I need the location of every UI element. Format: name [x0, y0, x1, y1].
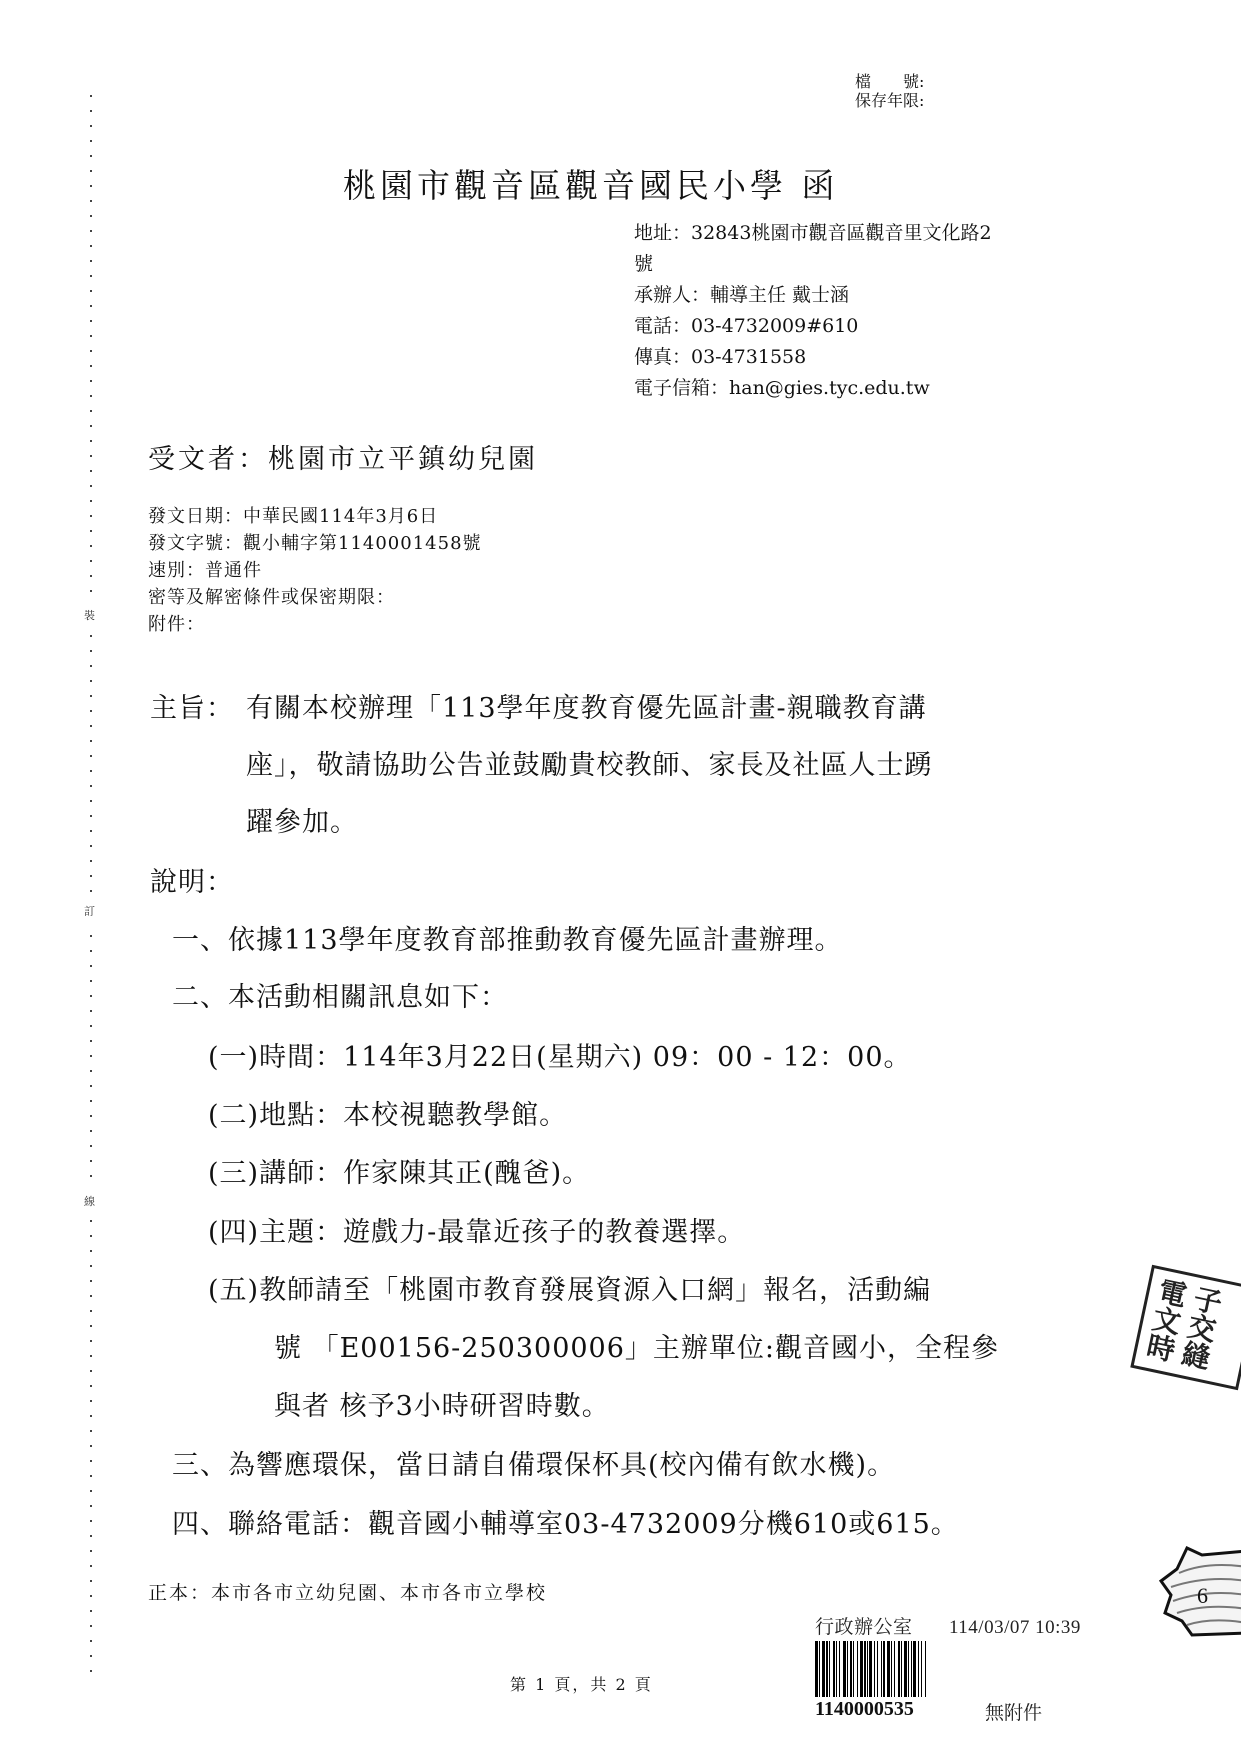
- binding-mark-zhuang: 裝: [84, 607, 95, 623]
- phone: 電話：03-4732009#610: [634, 311, 992, 342]
- electronic-exchange-stamp: 電文時 子交縫: [1130, 1265, 1241, 1391]
- address-line-1: 地址：32843桃園市觀音區觀音里文化路2: [634, 218, 992, 249]
- binding-dot: [90, 815, 92, 817]
- binding-dot: [90, 1295, 92, 1297]
- binding-dot: [90, 155, 92, 157]
- carbon-copy: 正本：本市各市立幼兒園、本市各市立學校: [148, 1578, 547, 1605]
- binding-dot: [90, 1370, 92, 1372]
- attachments: 附件：: [148, 611, 482, 638]
- binding-dot: [90, 515, 92, 517]
- binding-dot: [90, 230, 92, 232]
- receipt-barcode-block: 行政辦公室 114/03/07 10:39 1140000535 無附件: [815, 1612, 1115, 1725]
- binding-dot: [90, 365, 92, 367]
- binding-dot: [90, 1085, 92, 1087]
- binding-dot: [90, 935, 92, 937]
- sub-item-registration-2: 號 「E00156-250300006」主辦單位:觀音國小，全程參: [274, 1326, 999, 1365]
- sub-item-topic: (四)主題：遊戲力-最靠近孩子的教養選擇。: [208, 1210, 745, 1249]
- binding-dot: [90, 500, 92, 502]
- binding-dot: [90, 305, 92, 307]
- binding-dot: [90, 1130, 92, 1132]
- binding-dot: [90, 770, 92, 772]
- explanation-item-2: 二、本活動相關訊息如下：: [172, 975, 508, 1014]
- secrecy-level: 密等及解密條件或保密期限：: [148, 584, 482, 611]
- binding-dot: [90, 695, 92, 697]
- binding-dot: [90, 335, 92, 337]
- barcode-number: 1140000535: [815, 1698, 985, 1725]
- binding-dot: [90, 1385, 92, 1387]
- recipient: 受文者：桃園市立平鎮幼兒園: [148, 437, 538, 476]
- binding-dot: [90, 1520, 92, 1522]
- binding-dot: [90, 380, 92, 382]
- subject-line-3: 躍參加。: [246, 800, 358, 839]
- sub-item-location: (二)地點：本校視聽教學館。: [208, 1093, 567, 1132]
- binding-dot: [90, 1265, 92, 1267]
- binding-dot: [90, 485, 92, 487]
- binding-dot: [90, 455, 92, 457]
- binding-dot: [90, 1220, 92, 1222]
- explanation-item-4: 四、聯絡電話：觀音國小輔導室03-4732009分機610或615。: [172, 1502, 959, 1541]
- binding-dot: [90, 1175, 92, 1177]
- binding-dot: [90, 635, 92, 637]
- binding-dot: [90, 1250, 92, 1252]
- handler: 承辦人：輔導主任 戴士涵: [634, 280, 992, 311]
- speed-class: 速別：普通件: [148, 557, 482, 584]
- binding-dot: [90, 425, 92, 427]
- binding-dot: [90, 1145, 92, 1147]
- binding-dot: [90, 1655, 92, 1657]
- binding-dot: [90, 1115, 92, 1117]
- binding-dot: [90, 1430, 92, 1432]
- binding-dot: [90, 890, 92, 892]
- binding-dot: [90, 1610, 92, 1612]
- binding-dot: [90, 800, 92, 802]
- binding-dot: [90, 1535, 92, 1537]
- explanation-item-3: 三、為響應環保，當日請自備環保杯具(校內備有飲水機)。: [172, 1443, 895, 1482]
- binding-dot: [90, 950, 92, 952]
- binding-dot: [90, 530, 92, 532]
- binding-dot: [90, 95, 92, 97]
- binding-dot: [90, 200, 92, 202]
- binding-dot: [90, 1490, 92, 1492]
- binding-dot: [90, 560, 92, 562]
- binding-dot: [90, 1010, 92, 1012]
- binding-dot: [90, 575, 92, 577]
- sub-item-registration-1: (五)教師請至「桃園市教育發展資源入口網」報名，活動編: [208, 1268, 931, 1307]
- subject-line-2: 座」，敬請協助公告並鼓勵貴校教師、家長及社區人士踴: [246, 743, 933, 782]
- binding-dot: [90, 1640, 92, 1642]
- binding-mark-xian: 線: [84, 1193, 95, 1209]
- fax: 傳真：03-4731558: [634, 342, 992, 373]
- binding-dot: [90, 1325, 92, 1327]
- dispatch-meta: 發文日期：中華民國114年3月6日 發文字號：觀小輔字第1140001458號 …: [148, 503, 482, 638]
- explanation-label: 說明：: [150, 860, 234, 899]
- dispatch-date: 發文日期：中華民國114年3月6日: [148, 503, 482, 530]
- binding-dot: [90, 1040, 92, 1042]
- binding-margin: 裝 訂 線: [88, 95, 100, 1685]
- subject-line-1: 有關本校辦理「113學年度教育優先區計畫-親職教育講: [246, 686, 927, 725]
- binding-dot: [90, 1475, 92, 1477]
- sub-item-time: (一)時間：114年3月22日(星期六) 09：00 - 12：00。: [208, 1035, 912, 1074]
- receipt-header: 行政辦公室 114/03/07 10:39: [815, 1612, 1115, 1639]
- file-number-label: 檔 號:: [855, 72, 924, 91]
- binding-dot: [90, 845, 92, 847]
- binding-dot: [90, 710, 92, 712]
- binding-dot: [90, 590, 92, 592]
- dispatch-number: 發文字號：觀小輔字第1140001458號: [148, 530, 482, 557]
- binding-dot: [90, 1355, 92, 1357]
- binding-dot: [90, 125, 92, 127]
- binding-dot: [90, 830, 92, 832]
- binding-dot: [90, 1025, 92, 1027]
- attachment-status: 無附件: [985, 1698, 1042, 1725]
- binding-dot: [90, 980, 92, 982]
- binding-dot: [90, 545, 92, 547]
- file-meta-labels: 檔 號: 保存年限:: [855, 72, 924, 110]
- binding-dot: [90, 320, 92, 322]
- subject-label: 主旨：: [150, 686, 234, 725]
- binding-dot: [90, 110, 92, 112]
- binding-dot: [90, 1550, 92, 1552]
- binding-dot: [90, 785, 92, 787]
- binding-dot: [90, 470, 92, 472]
- binding-dot: [90, 395, 92, 397]
- binding-dot: [90, 185, 92, 187]
- binding-dot: [90, 245, 92, 247]
- binding-dot: [90, 1445, 92, 1447]
- binding-dot: [90, 1400, 92, 1402]
- binding-dot: [90, 1670, 92, 1672]
- binding-dot: [90, 1340, 92, 1342]
- binding-dot: [90, 1505, 92, 1507]
- binding-dot: [90, 275, 92, 277]
- barcode: [815, 1641, 1115, 1697]
- binding-dot: [90, 1460, 92, 1462]
- binding-dot: [90, 995, 92, 997]
- binding-dot: [90, 1280, 92, 1282]
- binding-dot: [90, 215, 92, 217]
- binding-dot: [90, 1625, 92, 1627]
- contact-block: 地址：32843桃園市觀音區觀音里文化路2 號 承辦人：輔導主任 戴士涵 電話：…: [634, 218, 992, 404]
- binding-dot: [90, 665, 92, 667]
- binding-dot: [90, 1595, 92, 1597]
- binding-dot: [90, 410, 92, 412]
- binding-dot: [90, 860, 92, 862]
- page-number: 第 1 頁，共 2 頁: [510, 1672, 653, 1695]
- retention-period-label: 保存年限:: [855, 91, 924, 110]
- binding-dot: [90, 170, 92, 172]
- binding-dot: [90, 1160, 92, 1162]
- binding-dot: [90, 740, 92, 742]
- binding-dot: [90, 290, 92, 292]
- sub-item-registration-3: 與者 核予3小時研習時數。: [274, 1384, 610, 1423]
- binding-dot: [90, 755, 92, 757]
- binding-mark-ding: 訂: [84, 903, 95, 919]
- binding-dot: [90, 1070, 92, 1072]
- binding-dot: [90, 965, 92, 967]
- seal-icon: 6: [1157, 1543, 1241, 1638]
- binding-dot: [90, 725, 92, 727]
- binding-dot: [90, 140, 92, 142]
- binding-dot: [90, 1055, 92, 1057]
- binding-dot: [90, 1310, 92, 1312]
- binding-dot: [90, 1565, 92, 1567]
- address-line-2: 號: [634, 249, 992, 280]
- receipt-datetime: 114/03/07 10:39: [949, 1617, 1081, 1638]
- barcode-bar: [926, 1641, 928, 1697]
- svg-text:6: 6: [1197, 1583, 1208, 1608]
- binding-dot: [90, 350, 92, 352]
- binding-dot: [90, 1580, 92, 1582]
- receipt-office: 行政辦公室: [815, 1617, 913, 1638]
- binding-dot: [90, 650, 92, 652]
- binding-dot: [90, 1235, 92, 1237]
- binding-dot: [90, 260, 92, 262]
- email: 電子信箱：han@gies.tyc.edu.tw: [634, 373, 992, 404]
- binding-dot: [90, 1415, 92, 1417]
- binding-dot: [90, 875, 92, 877]
- binding-dot: [90, 1100, 92, 1102]
- document-title: 桃園市觀音區觀音國民小學 函: [343, 160, 839, 207]
- binding-dot: [90, 440, 92, 442]
- sub-item-speaker: (三)講師：作家陳其正(醜爸)。: [208, 1151, 590, 1190]
- explanation-item-1: 一、依據113學年度教育部推動教育優先區計畫辦理。: [172, 918, 843, 957]
- binding-dot: [90, 680, 92, 682]
